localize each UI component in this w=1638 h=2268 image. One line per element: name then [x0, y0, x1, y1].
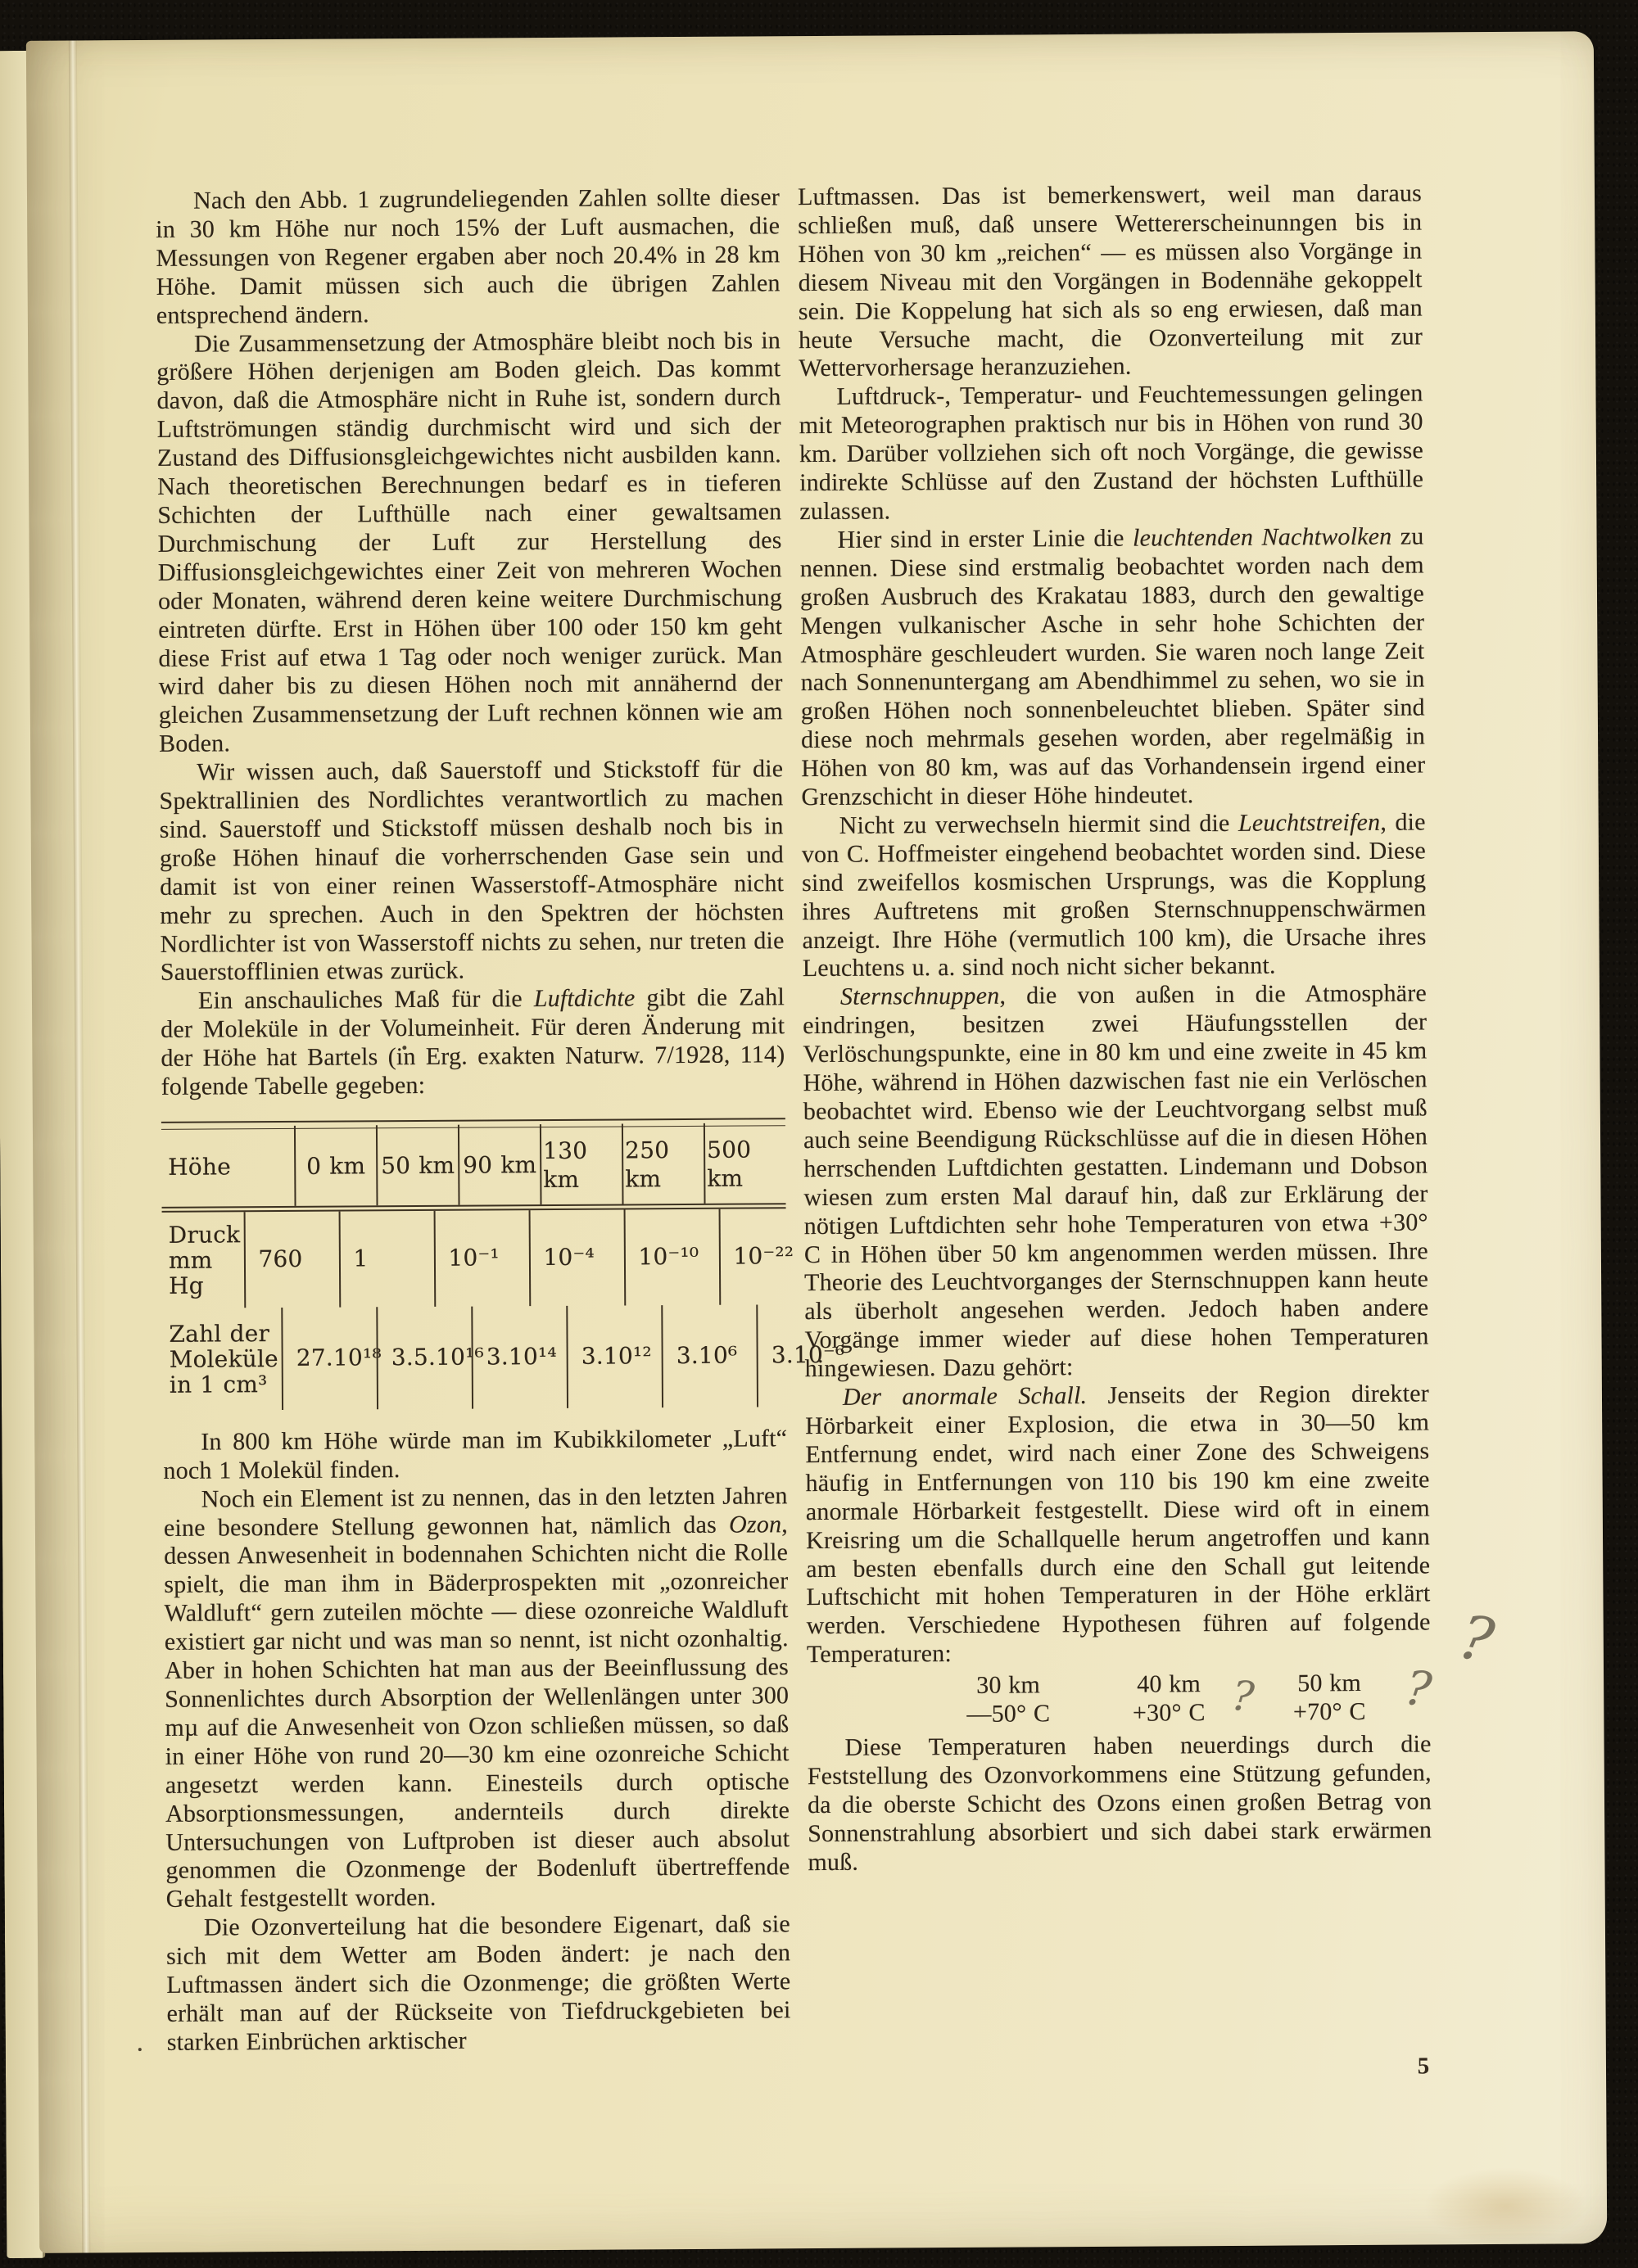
- text-run: In 800 km Höhe würde man im Kubikkilomet…: [163, 1425, 787, 1484]
- temperature-block: 30 km —50° C 40 km +30° C ? 50 km +70° C…: [807, 1669, 1431, 1730]
- paragraph: Ein anschauliches Maß für die Luftdichte…: [161, 984, 785, 1102]
- temperature-entry-40km: 40 km +30° C ?: [1088, 1669, 1249, 1728]
- paragraph: Luftmassen. Das ist bemerkenswert, weil …: [798, 179, 1423, 383]
- table-cell: 3.10⁶: [661, 1304, 757, 1407]
- left-column: Nach den Abb. 1 zugrundeliegenden Zahlen…: [156, 183, 791, 2057]
- text-run: Hier sind in erster Linie die: [837, 525, 1133, 553]
- table-header-hoehe: Höhe: [161, 1126, 295, 1207]
- italic-text-run: Leuchtstreifen: [1238, 809, 1381, 837]
- gutter-fold: [69, 41, 91, 2253]
- paragraph: Diese Temperaturen haben neuerdings durc…: [807, 1731, 1432, 1877]
- text-run: Nicht zu verwechseln hiermit sind die: [839, 810, 1238, 839]
- temperature-value: +30° C: [1088, 1698, 1249, 1728]
- text-run: Noch ein Element ist zu nennen, das in d…: [164, 1482, 788, 1542]
- paragraph: Wir wissen auch, daß Sauerstoff und Stic…: [159, 755, 785, 987]
- paragraph: In 800 km Höhe würde man im Kubikkilomet…: [163, 1425, 787, 1485]
- text-run: , die von außen in die Atmosphäre eindri…: [803, 980, 1429, 1382]
- temperature-height: 50 km: [1249, 1669, 1409, 1698]
- page-number: 5: [1395, 2053, 1452, 2080]
- paragraph: Die Ozonverteilung hat die besondere Eig…: [166, 1910, 791, 2057]
- right-column: Luftmassen. Das ist bemerkenswert, weil …: [798, 179, 1432, 1877]
- paragraph: Luftdruck-, Temperatur- und Feuchtemessu…: [799, 380, 1423, 526]
- book-page: Nach den Abb. 1 zugrundeliegenden Zahlen…: [26, 31, 1607, 2253]
- table-cell: 3.5.10¹⁶: [376, 1306, 472, 1409]
- text-run: Jenseits der Region direkter Hörbarkeit …: [805, 1380, 1431, 1669]
- table-row-molecules: Zahl der Moleküle in 1 cm³ 27.10¹⁸ 3.5.1…: [162, 1304, 787, 1411]
- right-column-top-paragraphs: Luftmassen. Das ist bemerkenswert, weil …: [798, 179, 1431, 1669]
- handwritten-question-mark: ?: [1404, 1674, 1433, 1706]
- left-column-top-paragraphs: Nach den Abb. 1 zugrundeliegenden Zahlen…: [156, 183, 785, 1102]
- paragraph: Hier sind in erster Linie die leuchtende…: [799, 522, 1425, 812]
- table-header-row: Höhe 0 km 50 km 90 km 130 km 250 km 500 …: [161, 1123, 786, 1212]
- text-run: Die Ozonverteilung hat die besondere Eig…: [166, 1910, 791, 2055]
- book-photo: Nach den Abb. 1 zugrundeliegenden Zahlen…: [0, 0, 1638, 2268]
- text-run: Diese Temperaturen haben neuerdings durc…: [808, 1731, 1432, 1876]
- text-run: , dessen Anwesenheit in bodennahen Schic…: [164, 1511, 790, 1913]
- table-cell: 10⁻¹⁰: [623, 1209, 719, 1306]
- table-cell: 760: [243, 1211, 339, 1308]
- text-run: Wir wissen auch, daß Sauerstoff und Stic…: [159, 755, 784, 986]
- table-cell: 10⁻⁴: [528, 1209, 624, 1306]
- paragraph: Nach den Abb. 1 zugrundeliegenden Zahlen…: [156, 183, 781, 330]
- table-header-50km: 50 km: [376, 1125, 459, 1205]
- table-cell: 1: [338, 1211, 434, 1308]
- table-label-druck: Druck mm Hg: [162, 1212, 244, 1308]
- text-run: Ein anschauliches Maß für die: [198, 985, 534, 1014]
- table-cell: 10⁻²²: [718, 1209, 814, 1305]
- left-column-bottom-paragraphs: In 800 km Höhe würde man im Kubikkilomet…: [163, 1425, 791, 2058]
- text-run: Die Zusammensetzung der Atmosphäre bleib…: [156, 327, 783, 757]
- paper-stain: [1423, 2166, 1588, 2245]
- text-run: Luftmassen. Das ist bemerkenswert, weil …: [798, 179, 1423, 382]
- table-row-pressure: Druck mm Hg 760 1 10⁻¹ 10⁻⁴ 10⁻¹⁰ 10⁻²²: [162, 1209, 787, 1308]
- ink-speck: [402, 1046, 406, 1050]
- table-cell: 27.10¹⁸: [281, 1307, 377, 1410]
- paragraph: Nicht zu verwechseln hiermit sind die Le…: [802, 808, 1427, 983]
- paragraph: Noch ein Element ist zu nennen, das in d…: [164, 1482, 790, 1914]
- table-header-500km: 500 km: [704, 1123, 786, 1203]
- table-header-130km: 130 km: [540, 1123, 622, 1204]
- temperature-entry-50km: 50 km +70° C ?: [1249, 1669, 1409, 1727]
- table-cell: 10⁻¹: [433, 1210, 529, 1307]
- table-header-0km: 0 km: [294, 1125, 377, 1205]
- temperature-height: 30 km: [928, 1670, 1088, 1700]
- table-cell: 3.10¹⁴: [471, 1306, 567, 1409]
- table-label-zahl: Zahl der Moleküle in 1 cm³: [162, 1308, 282, 1411]
- italic-text-run: Der anormale Schall.: [843, 1382, 1087, 1411]
- temperature-value: —50° C: [928, 1699, 1088, 1728]
- temperature-height: 40 km: [1088, 1669, 1249, 1699]
- text-run: Luftdruck-, Temperatur- und Feuchtemessu…: [799, 380, 1424, 525]
- table-header-250km: 250 km: [622, 1123, 704, 1204]
- handwritten-question-mark-margin: ?: [1458, 1623, 1495, 1657]
- italic-text-run: Ozon: [729, 1511, 781, 1538]
- density-table: Höhe 0 km 50 km 90 km 130 km 250 km 500 …: [161, 1118, 787, 1410]
- paragraph: Die Zusammensetzung der Atmosphäre bleib…: [156, 327, 783, 759]
- temperature-entry-30km: 30 km —50° C: [928, 1670, 1088, 1728]
- italic-text-run: Luftdichte: [534, 985, 636, 1013]
- table-header-90km: 90 km: [458, 1124, 541, 1204]
- ink-speck: [138, 2048, 142, 2051]
- temperature-value: +70° C: [1249, 1697, 1409, 1727]
- text-run: Nach den Abb. 1 zugrundeliegenden Zahlen…: [156, 183, 781, 328]
- paragraph: Der anormale Schall. Jenseits der Region…: [805, 1380, 1431, 1670]
- paragraph: Sternschnuppen, die von außen in die Atm…: [803, 980, 1429, 1384]
- italic-text-run: Sternschnuppen: [840, 983, 1000, 1010]
- text-run: zu nennen. Diese sind erstmalig beobacht…: [800, 522, 1426, 811]
- right-column-bottom-paragraphs: Diese Temperaturen haben neuerdings durc…: [807, 1731, 1432, 1877]
- italic-text-run: leuchtenden Nachtwolken: [1133, 523, 1392, 552]
- table-cell: 3.10¹²: [566, 1305, 662, 1408]
